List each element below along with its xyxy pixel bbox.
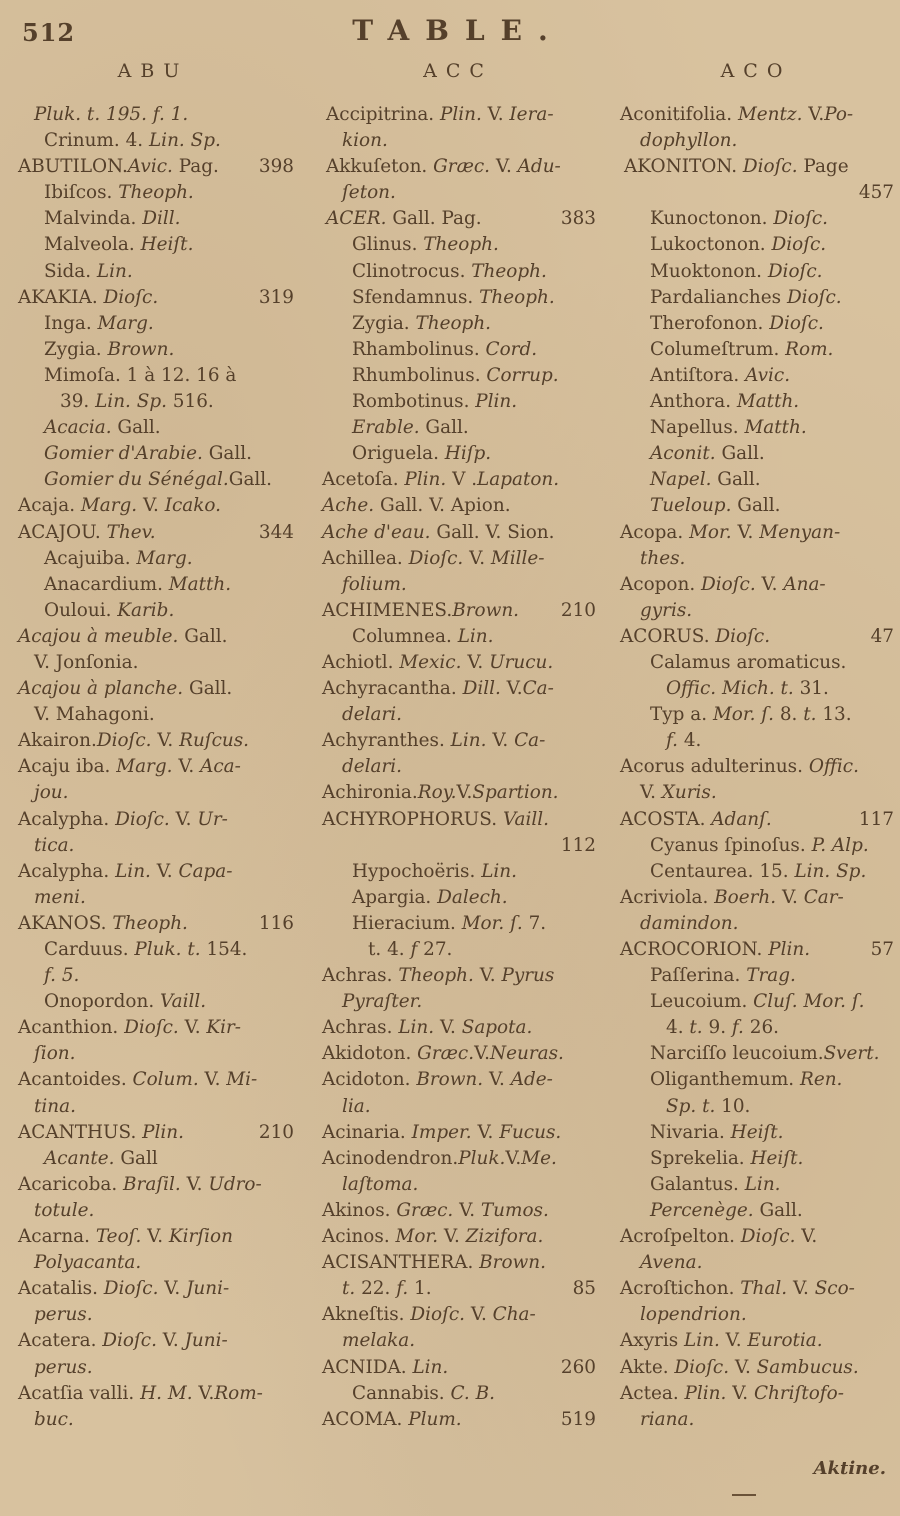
index-entry: Calamus aromaticus. xyxy=(614,650,898,676)
entry-text: Acidoton. xyxy=(322,1069,416,1090)
entry-text: Mimoſa. 1 à 12. 16 à xyxy=(44,365,236,386)
index-entry: f. 4. xyxy=(614,728,898,754)
entry-text: Ibiſcos. xyxy=(44,182,118,203)
entry-text: V. xyxy=(434,1017,462,1038)
entry-text: Achras. xyxy=(322,965,398,986)
index-entry: Acetoſa. Plin. V .Lapaton. xyxy=(316,467,600,493)
index-entry: laſtoma. xyxy=(316,1172,600,1198)
index-entry: Acanthion. Dioſc. V. Kir- xyxy=(8,1015,298,1041)
entry-authority: Mor. ſ. xyxy=(713,704,774,725)
entry-authority: tica. xyxy=(34,835,74,856)
entry-authority: f. xyxy=(666,730,678,751)
entry-text: Achillea. xyxy=(322,548,409,569)
entry-text: AKONITON. xyxy=(624,156,743,177)
entry-text: Glinus. xyxy=(352,234,423,255)
entry-text: 9. xyxy=(703,1017,732,1038)
page-reference: 85 xyxy=(573,1276,596,1302)
entry-text: ACNIDA. xyxy=(322,1357,412,1378)
entry-authority: damindon. xyxy=(640,913,738,934)
entry-text: V. xyxy=(472,1122,500,1143)
entry-authority: Mi- xyxy=(226,1069,257,1090)
index-entry: totule. xyxy=(8,1198,298,1224)
index-entry: Accipitrina. Plin. V. Iera- xyxy=(316,102,600,128)
entry-authority: perus. xyxy=(34,1304,93,1325)
entry-text: Akairon. xyxy=(18,730,97,751)
entry-text: V. xyxy=(795,1226,817,1247)
entry-authority: Chriſtofo- xyxy=(754,1383,844,1404)
entry-authority: Lin. xyxy=(481,861,517,882)
entry-authority: Dioſc. xyxy=(715,626,770,647)
entry-text: Anthora. xyxy=(650,391,737,412)
entry-authority: Heiſt. xyxy=(751,1148,804,1169)
entry-text: Crinum. 4. xyxy=(44,130,149,151)
index-entry: Mimoſa. 1 à 12. 16 à xyxy=(8,363,298,389)
entry-authority: Mexic. xyxy=(399,652,461,673)
index-entry: dophyllon. xyxy=(614,128,898,154)
entry-text: ACOMA. xyxy=(322,1409,408,1430)
catchword: Aktine. xyxy=(814,1458,886,1479)
index-entry: Cannabis. C. B. xyxy=(316,1381,600,1407)
entry-authority: Mor. xyxy=(396,1226,439,1247)
index-entry: Achiotl. Mexic. V. Urucu. xyxy=(316,650,600,676)
index-entry: Ibiſcos. Theoph. xyxy=(8,180,298,206)
page-reference-line: 112 xyxy=(316,833,600,859)
index-entry: ACOMA. Plum.519 xyxy=(316,1407,600,1433)
index-entry: Acinos. Mor. V. Zizifora. xyxy=(316,1224,600,1250)
index-entry: ACROCORION. Plin.57 xyxy=(614,937,898,963)
entry-authority: Lin. xyxy=(398,1017,434,1038)
entry-text: ACROCORION. xyxy=(620,939,768,960)
index-entry: Paſſerina. Trag. xyxy=(614,963,898,989)
entry-authority: Lin. xyxy=(97,261,133,282)
entry-text: 27. xyxy=(417,939,452,960)
index-entry: Acajou à planche. Gall. xyxy=(8,676,298,702)
index-entry: Rhumbolinus. Corrup. xyxy=(316,363,600,389)
entry-text: Achiotl. xyxy=(322,652,399,673)
entry-text: Nivaria. xyxy=(650,1122,731,1143)
entry-authority: Theoph. xyxy=(398,965,474,986)
entry-authority: Dioſc. xyxy=(769,313,824,334)
entry-text: V. xyxy=(199,1069,227,1090)
entry-authority: t. xyxy=(689,1017,702,1038)
entry-text: Sprekelia. xyxy=(650,1148,751,1169)
entry-text: V. xyxy=(726,1383,754,1404)
index-entry: Origuela. Hiſp. xyxy=(316,441,600,467)
index-entry: Clinotrocus. Theoph. xyxy=(316,259,600,285)
index-entry: Acidoton. Brown. V. Ade- xyxy=(316,1067,600,1093)
entry-text: Muoktonon. xyxy=(650,261,768,282)
index-entry: damindon. xyxy=(614,911,898,937)
entry-text: V. xyxy=(151,861,179,882)
page-reference: 117 xyxy=(859,807,894,833)
entry-text: Acetoſa. xyxy=(322,469,404,490)
entry-authority: Dill. xyxy=(463,678,501,699)
entry-authority: Braſil. xyxy=(123,1174,181,1195)
index-entry: Cyanus ſpinoſus. P. Alp. xyxy=(614,833,898,859)
entry-text: Therofonon. xyxy=(650,313,769,334)
index-entry: Acorus adulterinus. Offic. xyxy=(614,754,898,780)
entry-authority: Lin. Sp. xyxy=(95,391,167,412)
entry-text: 154. xyxy=(201,939,248,960)
entry-authority: Matth. xyxy=(169,574,231,595)
entry-authority: Corrup. xyxy=(486,365,558,386)
entry-authority: Theoph. xyxy=(415,313,491,334)
entry-authority: Sco- xyxy=(815,1278,855,1299)
ornament-rule xyxy=(732,1494,756,1496)
entry-text: V. Mahagoni. xyxy=(34,704,155,725)
entry-authority: Græc. xyxy=(396,1200,453,1221)
entry-authority: Thal. xyxy=(740,1278,787,1299)
index-entry: t. 4. f 27. xyxy=(316,937,600,963)
index-entry: Rhambolinus. Cord. xyxy=(316,337,600,363)
index-entry: Offic. Mich. t. 31. xyxy=(614,676,898,702)
index-entry: Sfendamnus. Theoph. xyxy=(316,285,600,311)
entry-authority: Udro- xyxy=(208,1174,261,1195)
entry-text: ACISANTHERA. xyxy=(322,1252,479,1273)
entry-text: Achyranthes. xyxy=(322,730,451,751)
index-entry: Galantus. Lin. xyxy=(614,1172,898,1198)
entry-text: V. xyxy=(732,522,760,543)
entry-text: V. xyxy=(181,1174,209,1195)
entry-text: Acarna. xyxy=(18,1226,96,1247)
index-entry: Actea. Plin. V. Chriſtofo- xyxy=(614,1381,898,1407)
entry-authority: Lin. xyxy=(458,626,494,647)
entry-authority: Ca- xyxy=(523,678,554,699)
entry-text: Acinodendron. xyxy=(322,1148,458,1169)
index-entry: Narciſſo leucoium.Svert. xyxy=(614,1041,898,1067)
entry-authority: Brown. xyxy=(452,600,519,621)
entry-text: V. xyxy=(483,1069,511,1090)
index-entry: ACANTHUS. Plin.210 xyxy=(8,1120,298,1146)
index-entry: Akte. Dioſc. V. Sambucus. xyxy=(614,1355,898,1381)
entry-text: Calamus aromaticus. xyxy=(650,652,846,673)
entry-text: Acopa. xyxy=(620,522,689,543)
entry-authority: delari. xyxy=(342,756,402,777)
entry-text: Gall. xyxy=(716,443,765,464)
entry-authority: ſeton. xyxy=(342,182,396,203)
entry-text: V. xyxy=(461,652,489,673)
entry-authority: Polyacanta. xyxy=(34,1252,141,1273)
entry-authority: Juni- xyxy=(186,1278,229,1299)
entry-text: AKAKIA. xyxy=(18,287,104,308)
index-entry: tica. xyxy=(8,833,298,859)
entry-text: Zygia. xyxy=(44,339,107,360)
index-entry: Achyracantha. Dill. V.Ca- xyxy=(316,676,600,702)
page-reference: 210 xyxy=(561,598,596,624)
entry-text: V. xyxy=(465,1304,493,1325)
entry-text: Akte. xyxy=(620,1357,674,1378)
entry-authority: kion. xyxy=(342,130,388,151)
entry-authority: Heiſt. xyxy=(731,1122,784,1143)
index-entry: ABUTILON.Avic. Pag.398 xyxy=(8,154,298,180)
page-reference: 47 xyxy=(871,624,894,650)
entry-authority: Pluk. t. 195. f. 1. xyxy=(34,104,188,125)
entry-authority: Theoph. xyxy=(112,913,188,934)
entry-text: Carduus. xyxy=(44,939,134,960)
index-entry: Antiſtora. Avic. xyxy=(614,363,898,389)
entry-authority: Xuris. xyxy=(662,782,717,803)
entry-authority: Menyan- xyxy=(759,522,840,543)
index-entry: Muoktonon. Dioſc. xyxy=(614,259,898,285)
entry-text: Typ a. xyxy=(650,704,713,725)
entry-authority: f. xyxy=(732,1017,744,1038)
entry-authority: Marg. xyxy=(98,313,154,334)
entry-text: Acaja. xyxy=(18,495,81,516)
index-entry: Akneſtis. Dioſc. V. Cha- xyxy=(316,1302,600,1328)
entry-text: ACORUS. xyxy=(620,626,715,647)
index-entry: Pyraſter. xyxy=(316,989,600,1015)
entry-text: V. xyxy=(490,156,518,177)
entry-authority: Dioſc. xyxy=(124,1017,179,1038)
entry-authority: Heiſt. xyxy=(141,234,194,255)
entry-authority: Neuras. xyxy=(490,1043,564,1064)
index-entry: ACER. Gall. Pag.383 xyxy=(316,206,600,232)
index-entry: thes. xyxy=(614,546,898,572)
index-entry: Sprekelia. Heiſt. xyxy=(614,1146,898,1172)
index-entry: Onopordon. Vaill. xyxy=(8,989,298,1015)
entry-authority: Tumos. xyxy=(481,1200,549,1221)
index-entry: Achras. Theoph. V. Pyrus xyxy=(316,963,600,989)
entry-authority: Ruſcus. xyxy=(179,730,249,751)
index-entry: Ache d'eau. Gall. V. Sion. xyxy=(316,520,600,546)
entry-authority: ACER. xyxy=(326,208,386,229)
entry-authority: Ade- xyxy=(511,1069,553,1090)
entry-authority: Pluk. t. xyxy=(134,939,200,960)
entry-text: Gall. xyxy=(420,417,469,438)
entry-text: Malveola. xyxy=(44,234,141,255)
entry-authority: Aca- xyxy=(200,756,241,777)
index-entry: Acajuiba. Marg. xyxy=(8,546,298,572)
entry-authority: Iera- xyxy=(509,104,553,125)
entry-text: Origuela. xyxy=(352,443,445,464)
entry-text: Achyracantha. xyxy=(322,678,463,699)
index-entry: Acatalis. Dioſc. V. Juni- xyxy=(8,1276,298,1302)
entry-text: Akinos. xyxy=(322,1200,396,1221)
entry-text: Acajuiba. xyxy=(44,548,136,569)
entry-authority: Matth. xyxy=(744,417,806,438)
index-entry: ſeton. xyxy=(316,180,600,206)
entry-text: Narciſſo leucoium. xyxy=(650,1043,824,1064)
entry-authority: Marg. xyxy=(81,495,137,516)
entry-authority: f. xyxy=(396,1278,408,1299)
index-entry: ACNIDA. Lin.260 xyxy=(316,1355,600,1381)
index-entry: Akidoton. Græc.V.Neuras. xyxy=(316,1041,600,1067)
entry-text: ACOSTA. xyxy=(620,809,711,830)
entry-text: Sida. xyxy=(44,261,97,282)
entry-authority: Pluk. xyxy=(458,1148,505,1169)
index-entry: 39. Lin. Sp. 516. xyxy=(8,389,298,415)
entry-authority: Fucus. xyxy=(499,1122,561,1143)
entry-text: Achras. xyxy=(322,1017,398,1038)
entry-text: Apargia. xyxy=(352,887,437,908)
entry-authority: t. xyxy=(342,1278,355,1299)
entry-text: Gall. V. Sion. xyxy=(431,522,555,543)
index-entry: Leucoium. Cluſ. Mor. ſ. xyxy=(614,989,898,1015)
entry-text: V. xyxy=(501,678,523,699)
entry-text: Sfendamnus. xyxy=(352,287,479,308)
index-entry: Achras. Lin. V. Sapota. xyxy=(316,1015,600,1041)
index-entry: Kunoctonon. Dioſc. xyxy=(614,206,898,232)
index-column-abu: ABU Pluk. t. 195. f. 1.Crinum. 4. Lin. S… xyxy=(8,58,298,1433)
page-reference: 519 xyxy=(561,1407,596,1433)
entry-authority: Brown. xyxy=(107,339,174,360)
index-entry: Acinodendron.Pluk.V.Me. xyxy=(316,1146,600,1172)
index-entry: AKAKIA. Dioſc.319 xyxy=(8,285,298,311)
index-entry: Acroſpelton. Dioſc. V. xyxy=(614,1224,898,1250)
index-entry: AKONITON. Dioſc. Page xyxy=(614,154,898,180)
entry-text: Malvinda. xyxy=(44,208,142,229)
entry-text: V. xyxy=(787,1278,815,1299)
index-entry: Acacia. Gall. xyxy=(8,415,298,441)
entry-text: Gall. xyxy=(229,469,272,490)
index-entry: Acaja. Marg. V. Icako. xyxy=(8,493,298,519)
index-entry: Gomier d'Arabie. Gall. xyxy=(8,441,298,467)
entry-authority: thes. xyxy=(640,548,685,569)
entry-text: 8. xyxy=(774,704,803,725)
entry-authority: Theoph. xyxy=(471,261,547,282)
entry-text: V. xyxy=(640,782,662,803)
index-entry: Malveola. Heiſt. xyxy=(8,232,298,258)
index-entry: ACORUS. Dioſc.47 xyxy=(614,624,898,650)
index-entry: Columnea. Lin. xyxy=(316,624,600,650)
column-header: ACO xyxy=(614,58,898,84)
entry-authority: Dioſc. xyxy=(772,234,827,255)
entry-authority: Zizifora. xyxy=(466,1226,544,1247)
entry-authority: Car- xyxy=(804,887,844,908)
entry-text: Zygia. xyxy=(352,313,415,334)
index-entry: Aconit. Gall. xyxy=(614,441,898,467)
index-entry: Acalypha. Lin. V. Capa- xyxy=(8,859,298,885)
entry-text: V. xyxy=(486,730,514,751)
entry-text: 1. xyxy=(408,1278,431,1299)
entry-text: V. xyxy=(802,104,824,125)
entry-authority: H. M. xyxy=(140,1383,192,1404)
index-entry: Achyranthes. Lin. V. Ca- xyxy=(316,728,600,754)
index-entry: Acalypha. Dioſc. V. Ur- xyxy=(8,807,298,833)
entry-text: Acatſia valli. xyxy=(18,1383,140,1404)
entry-text: Gall. xyxy=(386,208,435,229)
entry-authority: Vaill. xyxy=(160,991,206,1012)
index-entry: delari. xyxy=(316,754,600,780)
entry-text: V. xyxy=(505,1148,521,1169)
index-entry: V. Jonſonia. xyxy=(8,650,298,676)
entry-authority: Icako. xyxy=(165,495,221,516)
entry-text: Cannabis. xyxy=(352,1383,450,1404)
entry-text: Paſſerina. xyxy=(650,965,746,986)
entry-text: Acatalis. xyxy=(18,1278,104,1299)
index-entry: V. Xuris. xyxy=(614,780,898,806)
entry-text: Rhambolinus. xyxy=(352,339,486,360)
entry-authority: Percenège. xyxy=(650,1200,754,1221)
entry-text: V. xyxy=(776,887,804,908)
index-entry: V. Mahagoni. xyxy=(8,702,298,728)
index-entry: jou. xyxy=(8,780,298,806)
index-entry: ACHIMENES.Brown.210 xyxy=(316,598,600,624)
entry-text: 31. xyxy=(794,678,829,699)
entry-authority: Sambucus. xyxy=(757,1357,859,1378)
index-entry: Tueloup. Gall. xyxy=(614,493,898,519)
entry-authority: t. xyxy=(803,704,816,725)
entry-text: Pardalianches xyxy=(650,287,787,308)
entry-text: V. Jonſonia. xyxy=(34,652,138,673)
index-entry: Aconitifolia. Mentz. V.Po- xyxy=(614,102,898,128)
entry-authority: Plin. xyxy=(768,939,810,960)
entry-text: V. xyxy=(151,730,179,751)
page-reference: 457 xyxy=(859,182,894,203)
entry-text: ACANTHUS. xyxy=(18,1122,142,1143)
entry-text: Acatera. xyxy=(18,1330,102,1351)
index-entry: Glinus. Theoph. xyxy=(316,232,600,258)
index-entry: Acriviola. Boerh. V. Car- xyxy=(614,885,898,911)
entry-authority: Erable. xyxy=(352,417,420,438)
entry-authority: Dill. xyxy=(142,208,180,229)
entry-authority: Pyrus xyxy=(501,965,554,986)
entry-authority: Dioſc. xyxy=(115,809,170,830)
entry-text: V. xyxy=(756,574,784,595)
index-entry: Napel. Gall. xyxy=(614,467,898,493)
entry-text: Anacardium. xyxy=(44,574,169,595)
entry-text: V. xyxy=(482,104,510,125)
entry-text: Lukoctonon. xyxy=(650,234,772,255)
entry-text: Inga. xyxy=(44,313,98,334)
entry-text: V. xyxy=(170,809,198,830)
index-entry: Erable. Gall. xyxy=(316,415,600,441)
entry-text: V. xyxy=(463,548,491,569)
entry-text: 22. xyxy=(355,1278,396,1299)
entry-authority: Gomier du Sénégal. xyxy=(44,469,229,490)
entry-authority: Dioſc. xyxy=(104,287,159,308)
entry-authority: Sp. t. xyxy=(666,1096,715,1117)
entry-authority: Plin. xyxy=(475,391,517,412)
entry-authority: delari. xyxy=(342,704,402,725)
page-reference: 260 xyxy=(561,1355,596,1381)
entry-authority: perus. xyxy=(34,1357,93,1378)
entry-authority: Græc. xyxy=(417,1043,474,1064)
entry-text: Acinos. xyxy=(322,1226,396,1247)
entry-authority: lia. xyxy=(342,1096,371,1117)
entry-authority: P. Alp. xyxy=(812,835,869,856)
entry-authority: Acajou à planche. xyxy=(18,678,183,699)
index-entry: Therofonon. Dioſc. xyxy=(614,311,898,337)
entry-authority: Ache d'eau. xyxy=(322,522,431,543)
entry-authority: Adu- xyxy=(518,156,561,177)
entry-authority: Cluſ. Mor. ſ. xyxy=(753,991,864,1012)
index-entry: Percenège. Gall. xyxy=(614,1198,898,1224)
index-entry: Lukoctonon. Dioſc. xyxy=(614,232,898,258)
entry-authority: Avena. xyxy=(640,1252,702,1273)
index-entry: Akinos. Græc. V. Tumos. xyxy=(316,1198,600,1224)
index-column-aco: ACO Aconitifolia. Mentz. V.Po-dophyllon.… xyxy=(614,58,898,1433)
page-reference: 57 xyxy=(871,937,894,963)
entry-authority: Mentz. xyxy=(738,104,802,125)
entry-text: AKANOS. xyxy=(18,913,112,934)
page-reference: 210 xyxy=(259,1120,294,1146)
entry-authority: Dioſc. xyxy=(773,208,828,229)
index-entry: gyris. xyxy=(614,598,898,624)
index-entry: folium. xyxy=(316,572,600,598)
index-entry: ſion. xyxy=(8,1041,298,1067)
index-entry: Acopa. Mor. V. Menyan- xyxy=(614,520,898,546)
entry-text: Gall. xyxy=(183,678,232,699)
entry-text: 26. xyxy=(744,1017,779,1038)
entry-authority: Adanſ. xyxy=(711,809,772,830)
entry-authority: Lin. xyxy=(684,1330,720,1351)
index-entry: lopendrion. xyxy=(614,1302,898,1328)
entry-text: V. xyxy=(720,1330,748,1351)
entry-authority: Lin. xyxy=(412,1357,448,1378)
entry-text: Pag. xyxy=(173,156,219,177)
index-entry: 4. t. 9. f. 26. xyxy=(614,1015,898,1041)
